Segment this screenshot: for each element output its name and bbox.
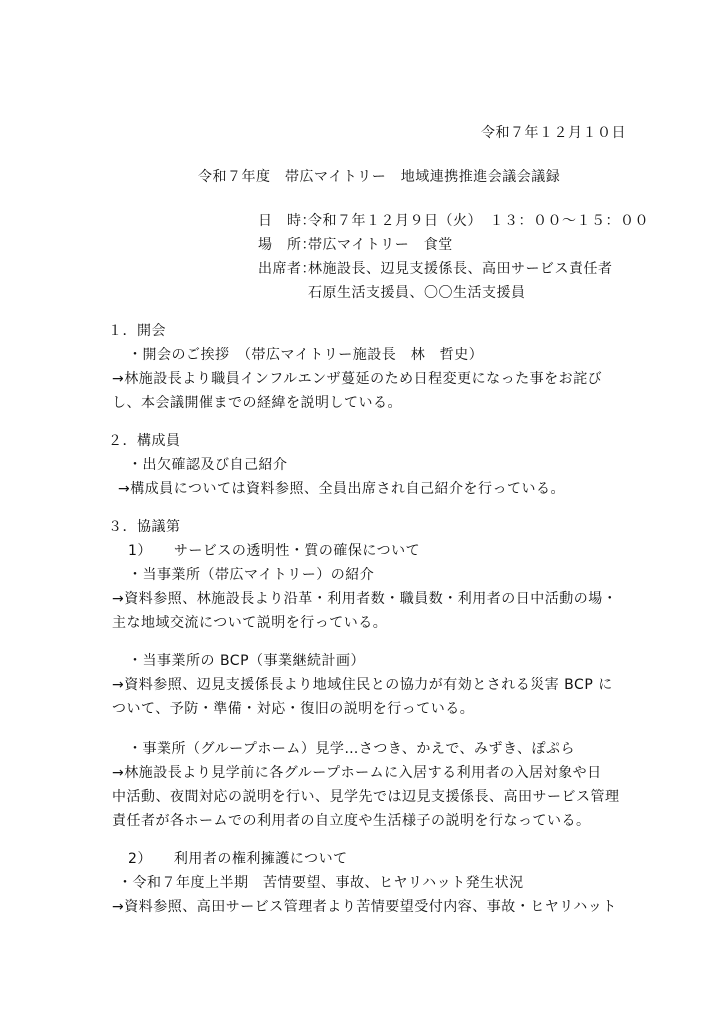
agenda-line: ・事業所（グループホーム）見学…さつき、かえで、みずき、ぽぷら (128, 740, 575, 758)
agenda-line: →資料参照、林施設長より沿革・利用者数・職員数・利用者の日中活動の場・ (112, 590, 617, 608)
datetime-value: 令和７年１２月９日（火） １３：００〜１５：００ (308, 212, 649, 230)
section-line: ・出欠確認及び自己紹介 (128, 456, 288, 474)
attendees-line-2: 石原生活支援員、〇〇生活支援員 (308, 284, 526, 302)
attendees-line-1: 林施設長、辺見支援係長、高田サービス責任者 (308, 260, 613, 278)
agenda-line: 責任者が各ホームでの利用者の自立度や生活様子の説明を行なっている。 (112, 812, 591, 830)
document-date: 令和７年１２月１０日 (481, 124, 626, 142)
section-heading-opening: １．開会 (108, 322, 166, 340)
agenda-line: ・当事業所の BCP（事業継続計画） (128, 652, 365, 670)
section-heading-agenda: ３．協議第 (108, 518, 181, 536)
place-value: 帯広マイトリー 食堂 (308, 236, 453, 254)
section-line: ・開会のご挨拶 （帯広マイトリー施設長 林 哲史） (128, 346, 483, 364)
minutes-page: 令和７年１２月１０日 令和７年度 帯広マイトリー 地域連携推進会議会議録 日 時… (0, 0, 724, 1024)
agenda-line: →資料参照、辺見支援係長より地域住民との協力が有効とされる災害 BCP に (112, 676, 613, 694)
agenda-line: →資料参照、高田サービス管理者より苦情要望受付内容、事故・ヒヤリハット (112, 898, 617, 916)
section-heading-members: ２．構成員 (108, 432, 181, 450)
agenda-line: 主な地域交流について説明を行っている。 (112, 614, 387, 632)
subsection-heading: 1） サービスの透明性・質の確保について (128, 542, 420, 560)
agenda-line: →林施設長より見学前に各グループホームに入居する利用者の入居対象や日 (112, 764, 602, 782)
section-line: し、本会議開催までの経緯を説明している。 (112, 394, 402, 412)
agenda-line: ・令和７年度上半期 苦情要望、事故、ヒヤリハット発生状況 (118, 874, 524, 892)
subsection-heading: 2） 利用者の権利擁護について (128, 850, 348, 868)
agenda-line: ・当事業所（帯広マイトリー）の紹介 (128, 566, 374, 584)
agenda-line: 中活動、夜間対応の説明を行い、見学先では辺見支援係長、高田サービス管理 (112, 788, 620, 806)
section-line: →構成員については資料参照、全員出席され自己紹介を行っている。 (118, 480, 565, 498)
document-title: 令和７年度 帯広マイトリー 地域連携推進会議会議録 (198, 168, 560, 186)
section-line: →林施設長より職員インフルエンザ蔓延のため日程変更になった事をお詫び (112, 370, 602, 388)
agenda-line: ついて、予防・準備・対応・復旧の説明を行っている。 (112, 700, 474, 718)
